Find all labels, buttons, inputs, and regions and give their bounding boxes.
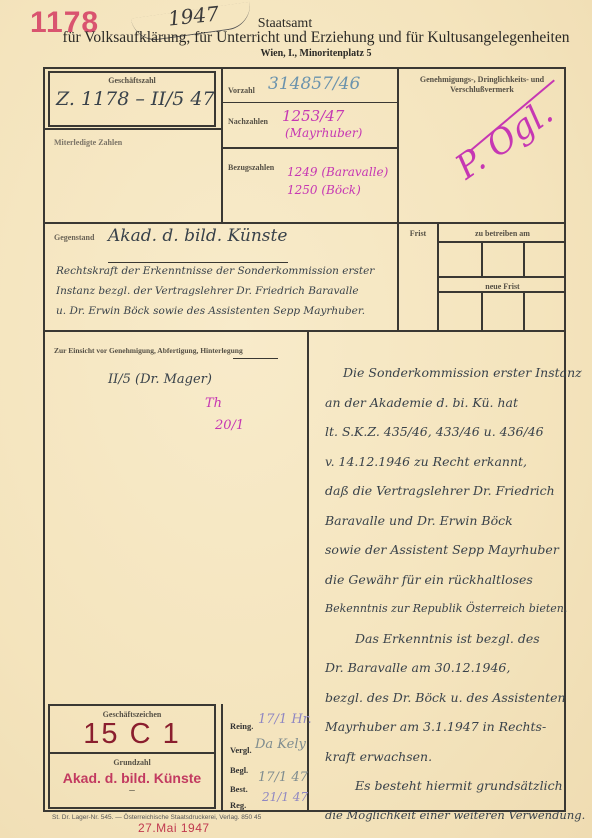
body-line: bezgl. des Dr. Böck u. des Assistenten xyxy=(325,683,592,713)
body-line: daß die Vertragslehrer Dr. Friedrich xyxy=(325,476,592,506)
body-line: an der Akademie d. bi. Kü. hat xyxy=(325,388,592,418)
miterledigte-label: Miterledigte Zahlen xyxy=(54,138,122,147)
body-line: v. 14.12.1946 zu Recht erkannt, xyxy=(325,447,592,477)
neue-frist-label: neue Frist xyxy=(439,282,566,291)
geschaeftszahl-label: Geschäftszahl xyxy=(48,76,216,85)
letter-body: Die Sonderkommission erster Instanz an d… xyxy=(325,358,592,830)
date-received-stamp: 27.Mai 1947 xyxy=(138,821,210,835)
body-line: Die Sonderkommission erster Instanz xyxy=(325,358,592,388)
gegenstand-line-1: Rechtskraft der Erkenntnisse der Sonderk… xyxy=(56,265,374,277)
frist-label: Frist xyxy=(399,229,437,238)
einsicht-note-2: Th xyxy=(205,396,222,411)
body-line: die Gewähr für ein rückhaltloses xyxy=(325,565,592,595)
header-line2: für Volksaufklärung, für Unterricht und … xyxy=(40,29,592,47)
body-line: Bekenntnis zur Republik Österreich biete… xyxy=(325,594,592,624)
body-line: Das Erkenntnis ist bezgl. des xyxy=(325,624,592,654)
bezugszahlen-value-2: 1250 (Böck) xyxy=(287,183,361,197)
body-line: die Möglichkeit einer weiteren Verwendun… xyxy=(325,801,592,831)
einsicht-label: Zur Einsicht vor Genehmigung, Abfertigun… xyxy=(54,346,243,355)
body-line: kraft erwachsen. xyxy=(325,742,592,772)
grundzahl-dash: – xyxy=(48,784,216,796)
body-line: sowie der Assistent Sepp Mayrhuber xyxy=(325,535,592,565)
body-line: lt. S.K.Z. 435/46, 433/46 u. 436/46 xyxy=(325,417,592,447)
einsicht-note-1: II/5 (Dr. Mager) xyxy=(108,372,212,387)
registry-value-reg: 21/1 47 xyxy=(262,790,308,804)
registry-label-best: Best. xyxy=(230,784,248,794)
gegenstand-line-2: Instanz bezgl. der Vertragslehrer Dr. Fr… xyxy=(56,285,359,297)
geschaeftszeichen-value: 15 C 1 xyxy=(48,718,216,751)
gegenstand-line-3: u. Dr. Erwin Böck sowie des Assistenten … xyxy=(56,305,365,317)
bezugszahlen-value-1: 1249 (Baravalle) xyxy=(287,165,388,179)
bezugszahlen-label: Bezugszahlen xyxy=(228,163,274,172)
registry-value-vergl: Da Kely xyxy=(255,737,306,752)
geschaeftszahl-value: Z. 1178 – II/5 47 xyxy=(56,88,215,110)
printer-imprint: St. Dr. Lager-Nr. 545. — Österreichische… xyxy=(52,814,261,821)
zu-betreiben-label: zu betreiben am xyxy=(439,229,566,238)
body-line: Dr. Baravalle am 30.12.1946, xyxy=(325,653,592,683)
registry-label-vergl: Vergl. xyxy=(230,745,252,755)
nachzahlen-value-2: (Mayrhuber) xyxy=(285,126,362,140)
registry-value-best: 17/1 47 xyxy=(258,770,308,785)
registry-label-begl: Begl. xyxy=(230,765,248,775)
gegenstand-label: Gegenstand xyxy=(54,233,94,242)
nachzahlen-value-1: 1253/47 xyxy=(282,107,344,125)
registry-label-reg: Reg. xyxy=(230,800,246,810)
nachzahlen-label: Nachzahlen xyxy=(228,117,268,126)
einsicht-note-3: 20/1 xyxy=(215,418,244,433)
vorzahl-label: Vorzahl xyxy=(228,86,255,95)
registry-value-reing: 17/1 Hr. xyxy=(258,712,312,727)
registry-label-reing: Reing. xyxy=(230,721,253,731)
header-address: Wien, I., Minoritenplatz 5 xyxy=(40,48,592,59)
vorzahl-value: 314857/46 xyxy=(268,74,360,94)
body-line: Mayrhuber am 3.1.1947 in Rechts- xyxy=(325,712,592,742)
body-line: Es besteht hiermit grundsätzlich xyxy=(325,771,592,801)
gegenstand-title: Akad. d. bild. Künste xyxy=(108,226,287,246)
grundzahl-label: Grundzahl xyxy=(48,758,216,767)
body-line: Baravalle und Dr. Erwin Böck xyxy=(325,506,592,536)
